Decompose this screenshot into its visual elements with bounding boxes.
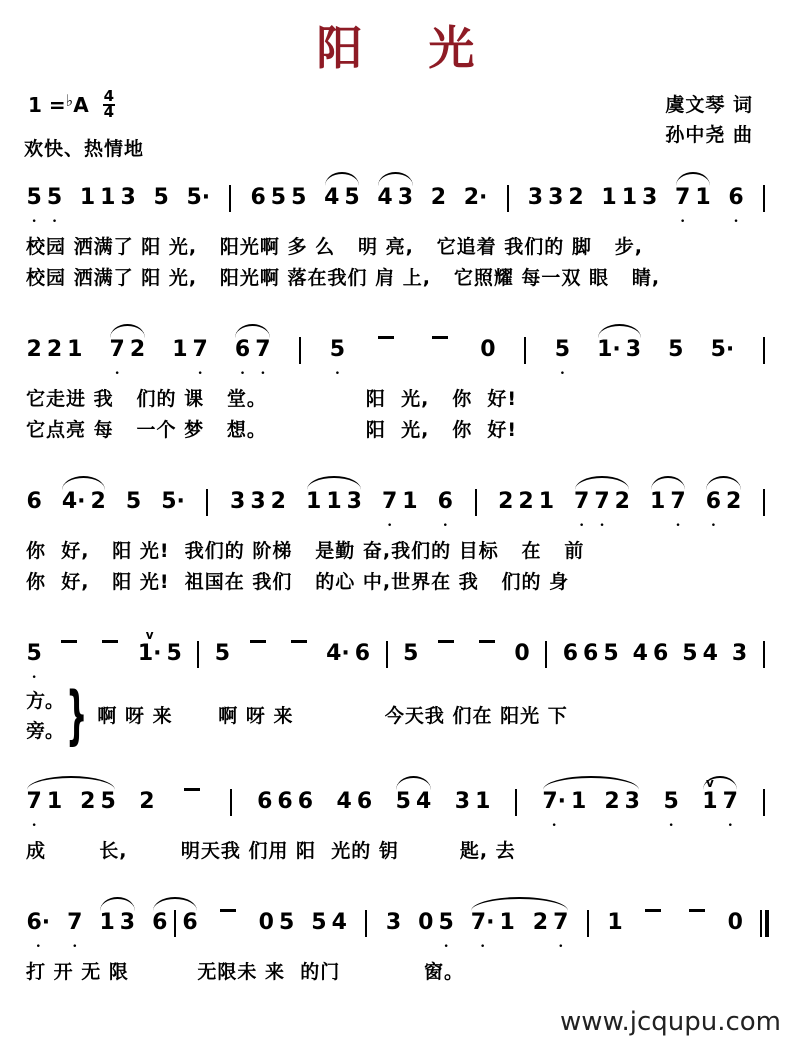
note-number: 6 — [298, 789, 313, 815]
note-token: 6 — [180, 897, 200, 953]
note-token: 5 — [151, 172, 171, 228]
breath-mark — [105, 897, 109, 910]
note-token: 5 — [401, 628, 421, 684]
note-number: 3 — [250, 489, 265, 515]
breath-mark — [409, 628, 413, 641]
system-5: 7• 1 2 5 2 6 6 6 4 6 5 4 3 1 7·• 1 2 3 5… — [14, 776, 779, 867]
low-octave-dot: • — [72, 944, 77, 953]
note-token: 1 — [170, 324, 190, 380]
note-group: 0 5 — [256, 897, 297, 953]
lyrics-block: 打 开 无 限 无限未 来 的门 窗。 — [14, 953, 779, 988]
low-octave-dot — [86, 823, 89, 832]
low-octave-dot — [343, 823, 346, 832]
note-token: 6 — [581, 628, 601, 684]
note-number: 7 — [675, 185, 690, 211]
note-group — [541, 628, 551, 668]
note-number: 1 — [695, 185, 710, 211]
note-number: 5 — [555, 337, 570, 363]
note-group: 3 3 2 — [228, 476, 289, 532]
note-token: 1 — [65, 324, 85, 380]
low-octave-dot — [610, 675, 613, 684]
note-number: 1 — [702, 789, 717, 815]
breath-mark — [607, 172, 611, 185]
breath-mark — [659, 628, 663, 641]
note-group: 6 6 6 — [255, 776, 316, 832]
note-number: 3 — [528, 185, 543, 211]
note-token: 4· — [324, 628, 353, 684]
breath-mark — [352, 476, 356, 489]
note-token: 2· — [461, 172, 490, 228]
low-octave-dot: • — [680, 219, 685, 228]
low-octave-dot: • — [560, 371, 565, 380]
dash-token — [212, 897, 244, 912]
note-group — [212, 897, 244, 912]
breath-mark — [580, 476, 584, 489]
barline — [587, 910, 589, 937]
note-group: 5 — [212, 628, 232, 684]
notes-row: 6·• 7• 1 3 6 6 0 5 5 4 3 0 5• 7·• 1 2 7•… — [14, 897, 779, 953]
slur-group: 1 3 — [97, 897, 138, 953]
note-token: 4· — [59, 476, 88, 532]
note-token: 5• — [436, 897, 456, 953]
low-octave-dot — [236, 523, 239, 532]
note-number: 1 — [99, 910, 114, 936]
note-token: 1 — [599, 172, 619, 228]
song-title: 阳 光 — [10, 6, 783, 78]
note-number: 6 — [357, 789, 372, 815]
note-number: 4· — [326, 641, 350, 667]
note-number: 0 — [418, 910, 433, 936]
note-number: 1 — [622, 185, 637, 211]
note-number: 7 — [553, 910, 568, 936]
note-number: 2 — [271, 489, 286, 515]
breath-mark — [388, 476, 392, 489]
note-group — [759, 628, 769, 668]
low-octave-dot — [277, 219, 280, 228]
note-token: 6 — [255, 776, 275, 832]
note-token: 5 — [393, 776, 413, 832]
note-group: 3 1 — [452, 776, 493, 832]
note-token: 0 — [256, 897, 276, 953]
note-number: 5 — [603, 641, 618, 667]
note-number: 3 — [120, 185, 135, 211]
low-octave-dot — [330, 219, 333, 228]
breath-mark — [481, 897, 485, 910]
note-token: 1 — [77, 172, 97, 228]
note-token: 0 — [416, 897, 436, 953]
note-token: 1· — [595, 324, 624, 380]
note-number: 5· — [161, 489, 185, 515]
note-token: 5 — [680, 628, 700, 684]
note-token: 6·• — [24, 897, 53, 953]
note-number: 1· — [138, 641, 162, 667]
low-octave-dot — [611, 823, 614, 832]
duration-dash — [184, 788, 200, 791]
note-number: 1 — [326, 489, 341, 515]
note-number: 5 — [668, 337, 683, 363]
breath-mark — [297, 172, 301, 185]
barline — [507, 185, 509, 212]
note-number: 5 — [153, 185, 168, 211]
breath-mark — [708, 628, 712, 641]
dash-token — [424, 324, 456, 339]
note-group — [226, 776, 236, 816]
note-token: 3 — [546, 172, 566, 228]
note-number: 5 — [279, 910, 294, 936]
note-number: 5 — [291, 185, 306, 211]
breath-mark — [733, 897, 737, 910]
low-octave-dot — [614, 944, 617, 953]
note-group — [583, 897, 593, 937]
note-number: 2 — [139, 789, 154, 815]
note-token: 1 — [98, 172, 118, 228]
slur-group: 4 5 — [322, 172, 363, 228]
note-group: 6• — [435, 476, 455, 532]
note-group — [202, 476, 212, 516]
low-octave-dot — [554, 219, 557, 228]
slur-group: 4· 2 — [59, 476, 108, 532]
slur-group: 7·• 1 2 7• — [468, 897, 571, 953]
breath-mark — [648, 172, 652, 185]
note-number: 5 — [438, 910, 453, 936]
low-octave-dot — [285, 944, 288, 953]
note-token: 3 — [117, 897, 137, 953]
low-octave-dot: • — [480, 944, 485, 953]
note-number: 6 — [152, 910, 167, 936]
low-octave-dot — [734, 944, 737, 953]
note-group — [759, 776, 769, 816]
note-group — [361, 897, 371, 937]
breath-mark — [360, 628, 364, 641]
lyric-line: 它点亮 每 一个 梦 想。 阳 光, 你 好! — [26, 415, 767, 446]
breath-mark — [524, 476, 528, 489]
breath-mark: v — [706, 776, 714, 789]
note-group — [759, 172, 769, 212]
breath-mark — [264, 897, 268, 910]
low-octave-dot — [709, 675, 712, 684]
note-group: 5 — [151, 172, 171, 228]
low-octave-dot — [702, 219, 705, 228]
note-group — [94, 628, 126, 643]
note-token: 3 — [622, 776, 642, 832]
verse-end-word: 旁。 — [26, 716, 64, 746]
note-number: 6 — [355, 641, 370, 667]
barline — [763, 789, 765, 816]
breath-mark — [559, 897, 563, 910]
note-token: 1 — [497, 897, 517, 953]
duration-dash — [689, 909, 705, 912]
note-number: 6 — [438, 489, 453, 515]
low-octave-dot: • — [240, 371, 245, 380]
key-prefix: 1 = — [28, 93, 66, 117]
note-token: 0 — [478, 324, 498, 380]
note-number: 1 — [306, 489, 321, 515]
breath-mark — [261, 324, 265, 337]
low-octave-dot — [474, 219, 477, 228]
low-octave-dot — [521, 675, 524, 684]
note-token: 7• — [379, 476, 399, 532]
low-octave-dot — [221, 675, 224, 684]
slur-group: 6• 7• — [232, 324, 273, 380]
note-number: 5 — [126, 489, 141, 515]
low-octave-dot: • — [36, 944, 41, 953]
low-octave-dot: • — [32, 823, 37, 832]
low-octave-dot — [577, 823, 580, 832]
low-octave-dot — [189, 944, 192, 953]
note-number: 5 — [100, 789, 115, 815]
note-number: 6 — [706, 489, 721, 515]
note-group: 5• — [24, 628, 44, 684]
barline — [763, 185, 765, 212]
low-octave-dot — [689, 675, 692, 684]
slur-group: 1· 3 — [595, 324, 644, 380]
note-number: 3 — [625, 789, 640, 815]
duration-dash — [291, 640, 307, 643]
note-token: 1 — [304, 476, 324, 532]
low-octave-dot — [127, 219, 130, 228]
barline — [515, 789, 517, 816]
breath-mark — [283, 776, 287, 789]
system-4: 5•v1· 5 5 4· 6 5 0 6 6 5 4 6 5 4 3 方。旁。}… — [14, 628, 779, 746]
bar-thick — [765, 910, 769, 937]
low-octave-dot — [569, 675, 572, 684]
duration-dash — [250, 640, 266, 643]
breath-mark — [520, 628, 524, 641]
note-token: 3 — [640, 172, 660, 228]
note-number: 5 — [166, 641, 181, 667]
note-group: 6 5 5 — [248, 172, 309, 228]
dash-token — [242, 628, 274, 643]
barline — [763, 337, 765, 364]
low-octave-dot — [409, 675, 412, 684]
note-number: 1 — [650, 489, 665, 515]
note-group: 1 1 3 — [77, 172, 138, 228]
note-token: 3 — [525, 172, 545, 228]
note-token: 1 — [693, 172, 713, 228]
barline — [475, 489, 477, 516]
note-token: 1 — [97, 897, 117, 953]
duration-dash — [432, 336, 448, 339]
breath-mark — [96, 476, 100, 489]
low-octave-dot — [257, 523, 260, 532]
breath-mark — [436, 172, 440, 185]
breath-mark — [676, 476, 680, 489]
system-3: 6 4· 2 5 5· 3 3 2 1 1 3 7• 1 6• 2 2 1 7•… — [14, 476, 779, 598]
slur-group: 1 1 3 — [304, 476, 365, 532]
credits: 虞文琴 词 孙中尧 曲 — [665, 90, 753, 150]
low-octave-dot — [33, 523, 36, 532]
breath-mark — [362, 776, 366, 789]
breath-mark — [627, 172, 631, 185]
note-number: 5 — [27, 641, 42, 667]
breath-mark — [172, 628, 176, 641]
breath-mark — [106, 776, 110, 789]
note-number: 1 — [172, 337, 187, 363]
breath-mark — [158, 897, 162, 910]
system-2: 2 2 1 7• 2 1 7• 6• 7• 5• 0 5• 1· 3 5 5· … — [14, 324, 779, 446]
note-group — [759, 476, 769, 516]
note-token: 2 — [88, 476, 108, 532]
low-octave-dot — [404, 219, 407, 228]
low-octave-dot — [461, 823, 464, 832]
breath-mark — [552, 776, 556, 789]
duration-dash — [479, 640, 495, 643]
breath-mark — [188, 897, 192, 910]
low-octave-dot — [263, 823, 266, 832]
note-group: 5 — [401, 628, 421, 684]
note-token: 3 — [383, 897, 403, 953]
note-number: 7 — [574, 489, 589, 515]
low-octave-dot: • — [260, 371, 265, 380]
barline — [386, 641, 388, 668]
breath-mark — [533, 172, 537, 185]
low-octave-dot — [639, 675, 642, 684]
breath-mark — [460, 776, 464, 789]
breath-mark — [276, 476, 280, 489]
note-number: 1 — [475, 789, 490, 815]
note-number: 4 — [337, 789, 352, 815]
note-group: 5 4 — [680, 628, 721, 684]
low-octave-dot — [575, 219, 578, 228]
note-number: 4 — [377, 185, 392, 211]
breath-mark — [674, 324, 678, 337]
breath-mark — [36, 897, 40, 910]
breath-mark — [568, 628, 572, 641]
breath-mark — [342, 776, 346, 789]
low-octave-dot — [53, 371, 56, 380]
system-6: 6·• 7• 1 3 6 6 0 5 5 4 3 0 5• 7·• 1 2 7•… — [14, 897, 779, 988]
note-number: 7 — [110, 337, 125, 363]
note-token: 2 — [530, 897, 550, 953]
breath-mark — [336, 628, 340, 641]
breath-mark — [285, 897, 289, 910]
note-token: 1 — [400, 476, 420, 532]
note-number: 7 — [255, 337, 270, 363]
note-number: 6 — [257, 789, 272, 815]
note-token: 7• — [673, 172, 693, 228]
barline — [206, 489, 208, 516]
note-number: 6 — [182, 910, 197, 936]
breath-mark — [554, 172, 558, 185]
note-token: 3 — [248, 476, 268, 532]
note-group: v1· 5 — [135, 628, 184, 684]
breath-mark — [403, 172, 407, 185]
barline — [229, 185, 231, 212]
low-octave-dot: • — [558, 944, 563, 953]
beat-spacer — [517, 897, 530, 953]
barline — [299, 337, 301, 364]
note-group: 6• — [726, 172, 746, 228]
note-token: v1 — [700, 776, 720, 832]
low-octave-dot — [160, 219, 163, 228]
breath-mark — [332, 476, 336, 489]
low-octave-dot — [589, 675, 592, 684]
dash-token — [283, 628, 315, 643]
note-number: 6 — [653, 641, 668, 667]
flat-icon: ♭ — [66, 91, 74, 110]
note-token: 6• — [726, 172, 746, 228]
note-token: 5 — [309, 897, 329, 953]
note-number: 1· — [597, 337, 621, 363]
tempo-marking: 欢快、热情地 — [24, 134, 144, 161]
duration-dash — [378, 336, 394, 339]
low-octave-dot — [481, 823, 484, 832]
low-octave-dot: • — [675, 523, 680, 532]
note-token: 5• — [327, 324, 347, 380]
note-group — [176, 776, 208, 791]
breath-mark — [335, 324, 339, 337]
note-number: 7 — [193, 337, 208, 363]
breath-mark — [424, 897, 428, 910]
lyric-line: 打 开 无 限 无限未 来 的门 窗。 — [26, 957, 767, 988]
low-octave-dot — [363, 823, 366, 832]
note-token: 3 — [395, 172, 415, 228]
low-octave-dot — [158, 944, 161, 953]
low-octave-dot — [732, 523, 735, 532]
note-number: 1 — [100, 185, 115, 211]
score-header: 阳 光 1 =♭A 4 4 欢快、热情地 虞文琴 词 孙中尧 曲 — [10, 6, 783, 164]
low-octave-dot — [172, 523, 175, 532]
note-group — [511, 776, 521, 816]
breath-mark — [734, 172, 738, 185]
breath-mark — [85, 172, 89, 185]
breath-mark — [256, 172, 260, 185]
note-number: 0 — [728, 910, 743, 936]
low-octave-dot: • — [52, 219, 57, 228]
note-token: 3 — [623, 324, 643, 380]
breath-mark — [589, 628, 593, 641]
note-number: 2 — [615, 489, 630, 515]
note-number: 1 — [47, 789, 62, 815]
note-number: 2 — [604, 789, 619, 815]
duration-dash — [438, 640, 454, 643]
verse-end-stack: 方。旁。 — [26, 686, 64, 746]
note-token: 3 — [729, 628, 749, 684]
note-group — [637, 897, 669, 912]
note-number: 5 — [215, 641, 230, 667]
note-number: 4· — [62, 489, 86, 515]
note-token: 4 — [630, 628, 650, 684]
low-octave-dot — [97, 523, 100, 532]
lyrics-block: 你 好, 阳 光! 我们的 阶梯 是勤 奋,我们的 目标 在 前你 好, 阳 光… — [14, 532, 779, 598]
low-octave-dot: • — [32, 675, 37, 684]
note-number: 6 — [563, 641, 578, 667]
note-token: 7• — [668, 476, 688, 532]
note-number: 1 — [539, 489, 554, 515]
breath-mark — [303, 776, 307, 789]
low-octave-dot — [173, 675, 176, 684]
breath-mark — [443, 476, 447, 489]
low-octave-dot — [148, 675, 151, 684]
low-octave-dot — [402, 823, 405, 832]
breath-mark — [135, 324, 139, 337]
breath-mark — [638, 628, 642, 641]
slur-group: 5 4 — [393, 776, 434, 832]
note-group: 2· — [461, 172, 490, 228]
low-octave-dot — [361, 675, 364, 684]
breath-mark — [330, 172, 334, 185]
breath-mark — [422, 776, 426, 789]
breath-mark — [276, 172, 280, 185]
note-number: 3 — [230, 489, 245, 515]
note-token: 6 — [352, 628, 372, 684]
note-token: 5• — [24, 172, 44, 228]
note-token: 7• — [190, 324, 210, 380]
breath-mark — [125, 897, 129, 910]
low-octave-dot: • — [668, 823, 673, 832]
low-octave-dot — [107, 823, 110, 832]
note-token: 7• — [24, 776, 44, 832]
